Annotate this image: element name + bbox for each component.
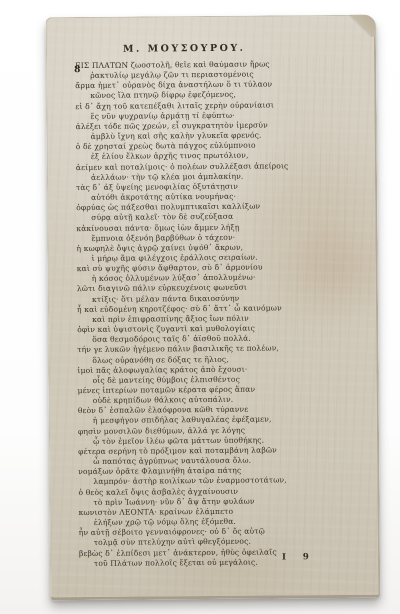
text-block: Μ. ΜΟΥΣΟΥΡΟΥ. ΕΙΣ ΠΛΑΤΩΝ ζωοστολῆ, θεῖε … bbox=[65, 42, 331, 569]
poem: ΕΙΣ ΠΛΑΤΩΝ ζωοστολῆ, θεῖε καὶ θαύμασιν ἥ… bbox=[65, 59, 331, 569]
book-page: 8 Μ. ΜΟΥΣΟΥΡΟΥ. ΕΙΣ ΠΛΑΤΩΝ ζωοστολῆ, θεῖ… bbox=[46, 15, 381, 601]
page-header: Μ. ΜΟΥΣΟΥΡΟΥ. bbox=[123, 42, 327, 55]
signature-mark: Ι 9 bbox=[282, 552, 316, 562]
dogear-fold bbox=[350, 15, 376, 37]
photo-background: 8 Μ. ΜΟΥΣΟΥΡΟΥ. ΕΙΣ ΠΛΑΤΩΝ ζωοστολῆ, θεῖ… bbox=[0, 0, 400, 614]
